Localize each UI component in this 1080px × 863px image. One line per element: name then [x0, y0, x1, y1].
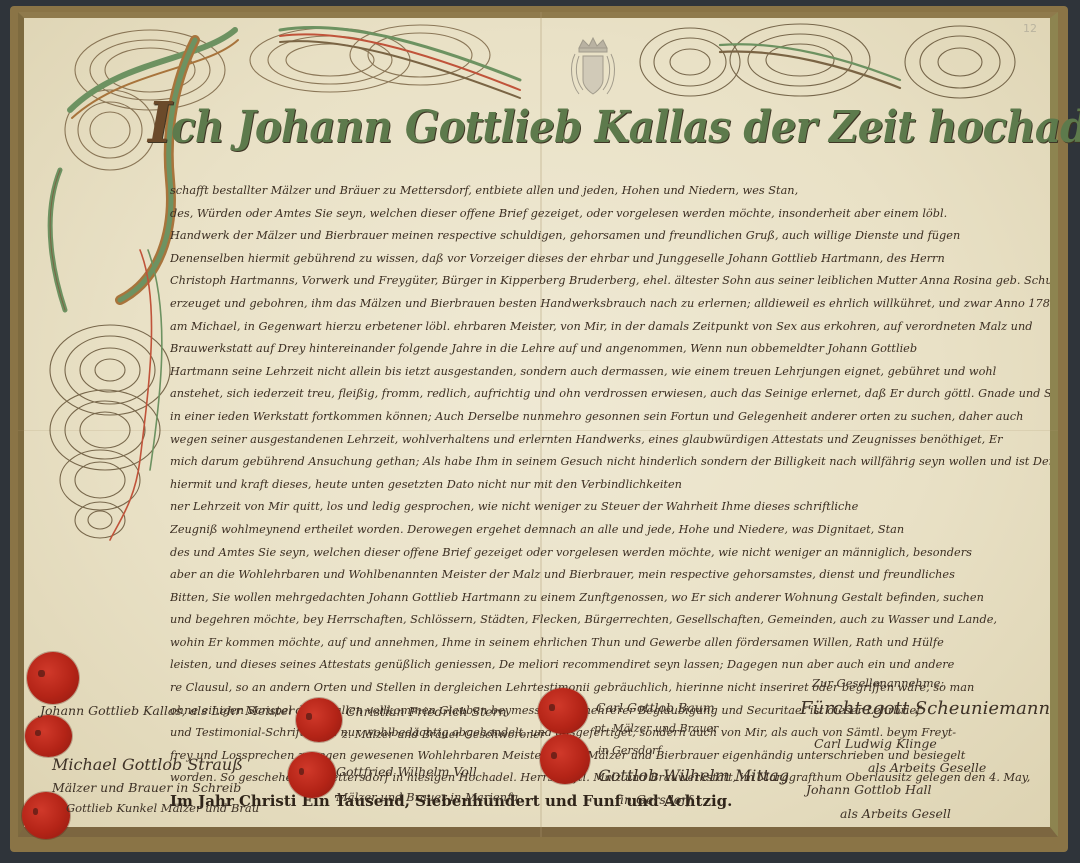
body-line: leisten, und dieses seines Attestats gen… [170, 654, 1050, 677]
body-line: des und Amtes Sie seyn, welchen dieser o… [170, 542, 1050, 565]
body-line: ner Lehrzeit von Mir quitt, los und ledi… [170, 496, 1050, 519]
signature-michael-line1: Michael Gottlob Strauß [52, 755, 243, 774]
body-line: in einer ieden Werkstatt fortkommen könn… [170, 406, 1050, 429]
body-line: Christoph Hartmanns, Vorwerk und Freygüt… [170, 270, 1050, 293]
signature-witness-line4: Johann Gottlob Hall [806, 782, 932, 797]
body-line: Bitten, Sie wollen mehrgedachten Johann … [170, 587, 1050, 610]
body-line: anstehet, sich iederzeit treu, fleißig, … [170, 383, 1050, 406]
signature-witness-header: Zur Gesellenannehme: [812, 676, 944, 690]
wax-seal [25, 715, 72, 757]
body-line: Zeugniß wohlmeynend ertheilet worden. De… [170, 519, 1050, 542]
body-line: des, Würden oder Amtes Sie seyn, welchen… [170, 203, 1050, 226]
wax-seal [27, 652, 79, 704]
signature-carl-line1: Carl Gottlob Baum [596, 700, 715, 715]
signature-christian-line1: Christian Friedrich Stern [346, 704, 507, 719]
signature-witness-name: Fürchtegott Scheuniemann [800, 698, 1050, 719]
body-line: Brauwerkstatt auf Drey hintereinander fo… [170, 338, 1050, 361]
body-line: wohin Er kommen möchte, auf und annehmen… [170, 632, 1050, 655]
signature-carl-line3: in Gersdorf [598, 744, 661, 757]
wax-seal [538, 688, 588, 734]
signature-gottlob-line2: in Gersdorf [620, 792, 692, 807]
signature-kallas: Johann Gottlieb Kallas, als Lehr Meister [40, 703, 294, 718]
title-initial: I [148, 90, 171, 156]
body-line: Hartmann seine Lehrzeit nicht allein bis… [170, 361, 1050, 384]
body-line: erzeuget und gebohren, ihm das Mälzen un… [170, 293, 1050, 316]
wax-seal [288, 752, 336, 798]
body-line: und begehren möchte, bey Herrschaften, S… [170, 609, 1050, 632]
wax-seal [296, 698, 342, 742]
signature-gottfried-line2: Mälzer und Brauer in Marienfa [336, 790, 518, 804]
title-text: ch Johann Gottlieb Kallas der Zeit hocha… [171, 102, 1080, 153]
body-line: hiermit und kraft dieses, heute unten ge… [170, 474, 1050, 497]
signature-gottfried-line1: Gottfried Wilhelm Voll [336, 764, 477, 779]
body-line: wegen seiner ausgestandenen Lehrzeit, wo… [170, 429, 1050, 452]
body-line: Denenselben hiermit gebührend zu wissen,… [170, 248, 1050, 271]
signature-witness-line5: als Arbeits Gesell [840, 806, 951, 821]
body-line: mich darum gebührend Ansuchung gethan; A… [170, 451, 1050, 474]
signature-gottlieb-left: Gottlieb Kunkel Mälzer und Brau [66, 801, 259, 815]
signature-christian-line2: z. Mälzer und Bräuer Geschworener [342, 728, 545, 741]
signature-carl-line2: pt. Mälzer und Brauer [594, 722, 718, 735]
signature-gottlob-line1: Gottlob Wilhelm Mittag [598, 766, 789, 785]
signature-witness-line3: als Arbeits Geselle [868, 760, 986, 775]
signature-witness-line2: Carl Ludwig Klinge [814, 736, 937, 751]
body-line: Handwerk der Mälzer und Bierbrauer meine… [170, 225, 1050, 248]
body-line: aber an die Wohlehrbaren und Wohlbenannt… [170, 564, 1050, 587]
wax-seal [22, 792, 70, 839]
body-line: schafft bestallter Mälzer und Bräuer zu … [170, 180, 1050, 203]
wax-seal [540, 734, 590, 784]
body-line: am Michael, in Gegenwart hierzu erbetene… [170, 316, 1050, 339]
signature-michael-line2: Mälzer und Brauer in Schreib [52, 780, 241, 795]
document-title: Ich Johann Gottlieb Kallas der Zeit hoch… [148, 90, 1080, 156]
